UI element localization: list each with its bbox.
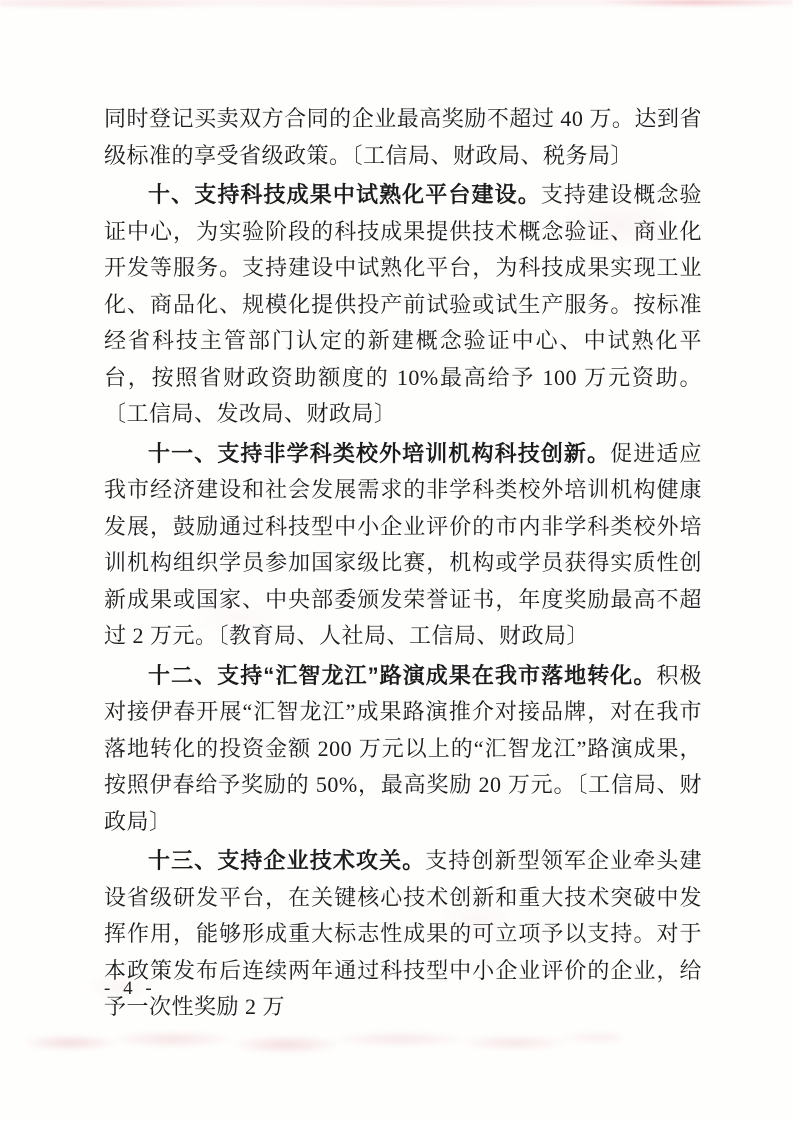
scan-stain-top xyxy=(0,0,793,12)
paragraph-text: 促进适应我市经济建设和社会发展需求的非学科类校外培训机构健康发展，鼓励通过科技型… xyxy=(104,441,702,649)
document-body: 同时登记买卖双方合同的企业最高奖励不超过 40 万。达到省级标准的享受省级政策。… xyxy=(104,101,702,1029)
paragraph-heading: 十二、支持“汇智龙江”路演成果在我市落地转化。 xyxy=(148,663,656,688)
page-number: - 4 - xyxy=(104,978,156,1000)
paragraph-text: 支持创新型领军企业牵头建设省级研发平台，在关键核心技术创新和重大技术突破中发挥作… xyxy=(104,848,702,1019)
scan-smudge-bottom xyxy=(22,1024,622,1058)
paragraph-heading: 十一、支持非学科类校外培训机构科技创新。 xyxy=(148,441,610,466)
paragraph-item-11: 十一、支持非学科类校外培训机构科技创新。促进适应我市经济建设和社会发展需求的非学… xyxy=(104,436,702,655)
paragraph-text: 支持建设概念验证中心，为实验阶段的科技成果提供技术概念验证、商业化开发等服务。支… xyxy=(104,182,702,426)
paragraph-heading: 十、支持科技成果中试熟化平台建设。 xyxy=(148,182,541,207)
paragraph-item-13: 十三、支持企业技术攻关。支持创新型领军企业牵头建设省级研发平台，在关键核心技术创… xyxy=(104,843,702,1026)
paragraph-item-10: 十、支持科技成果中试熟化平台建设。支持建设概念验证中心，为实验阶段的科技成果提供… xyxy=(104,177,702,433)
paragraph-continuation: 同时登记买卖双方合同的企业最高奖励不超过 40 万。达到省级标准的享受省级政策。… xyxy=(104,101,702,174)
paragraph-heading: 十三、支持企业技术攻关。 xyxy=(148,848,425,873)
paragraph-item-12: 十二、支持“汇智龙江”路演成果在我市落地转化。积极对接伊春开展“汇智龙江”成果路… xyxy=(104,658,702,841)
scanned-document-page: 同时登记买卖双方合同的企业最高奖励不超过 40 万。达到省级标准的享受省级政策。… xyxy=(0,0,793,1122)
paragraph-text: 同时登记买卖双方合同的企业最高奖励不超过 40 万。达到省级标准的享受省级政策。… xyxy=(104,106,702,168)
paragraph-text: 积极对接伊春开展“汇智龙江”成果路演推介对接品牌，对在我市落地转化的投资金额 2… xyxy=(104,663,702,834)
